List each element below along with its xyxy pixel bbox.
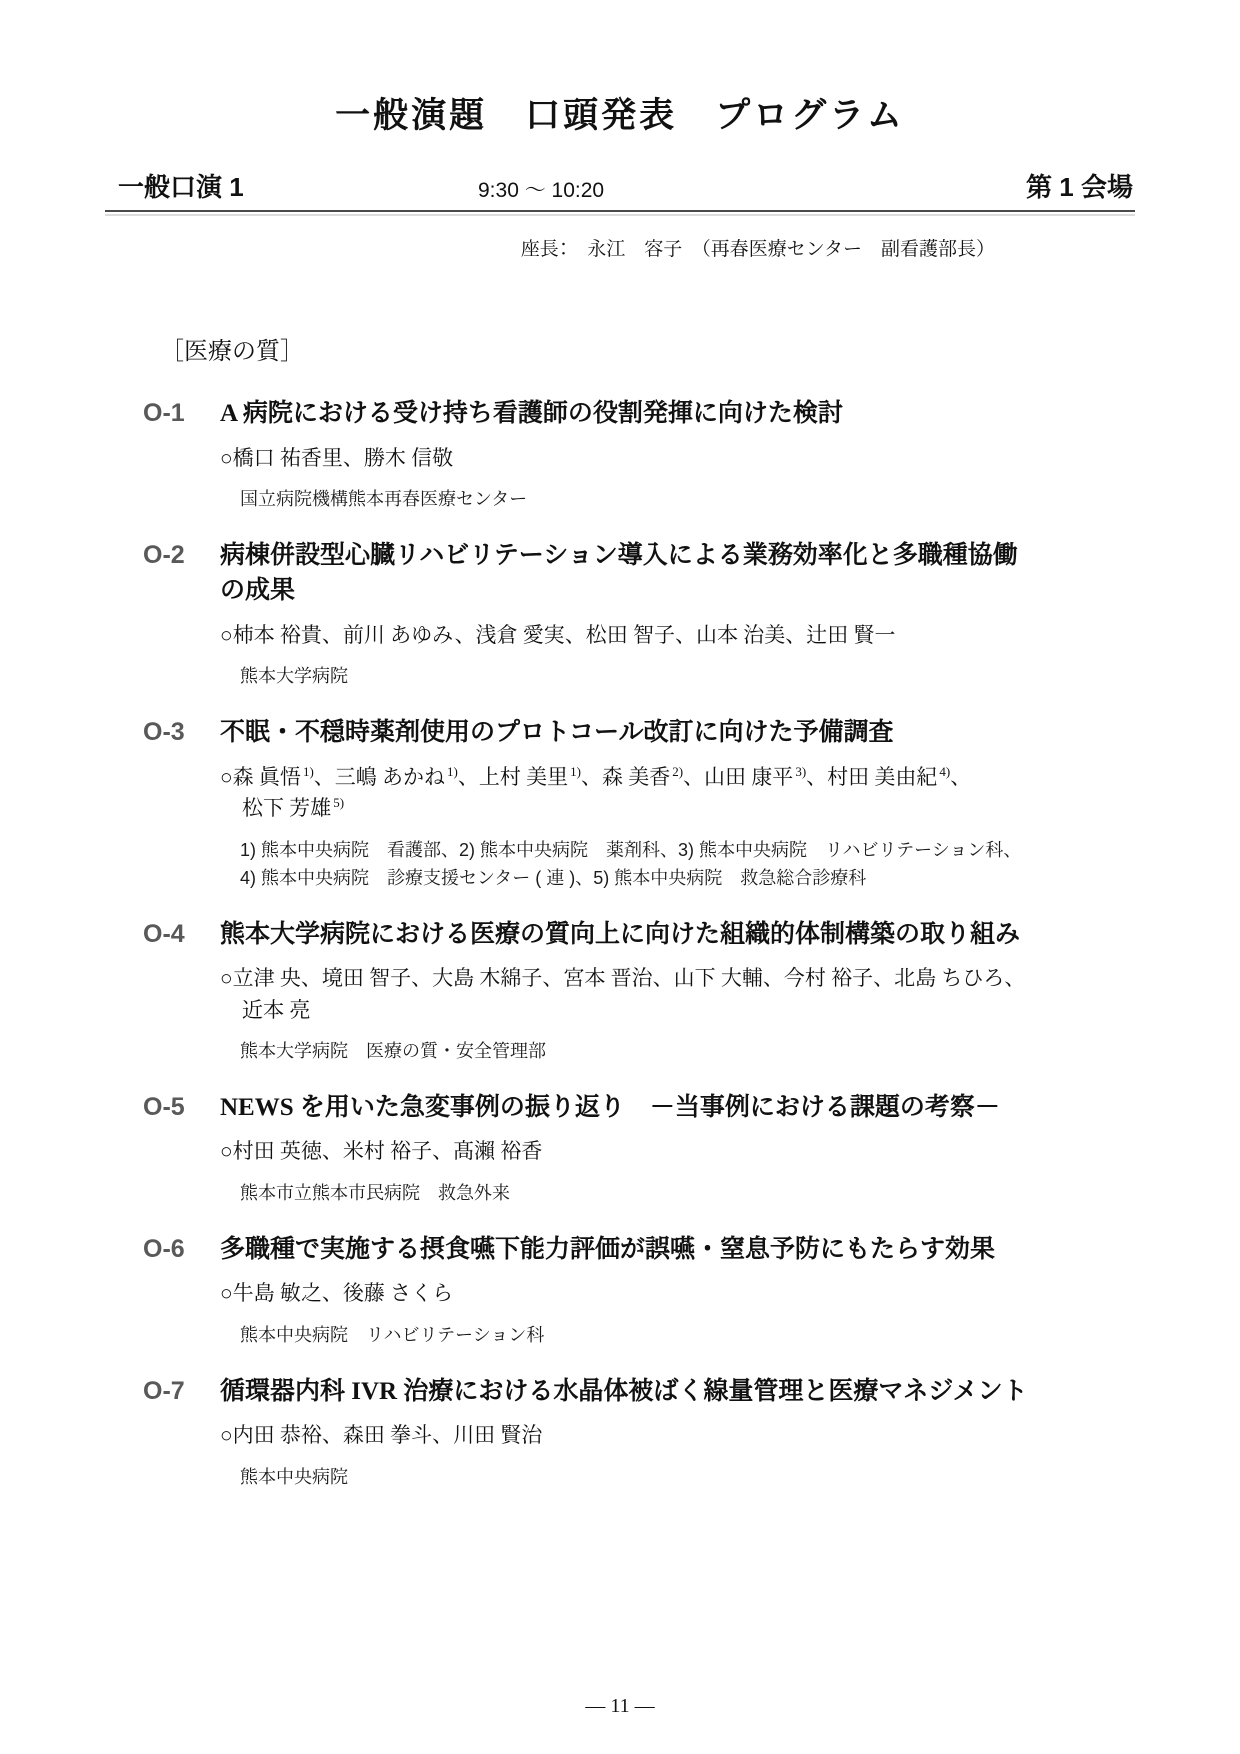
presentation-affiliation-line: 国立病院機構熊本再春医療センター (240, 486, 1135, 514)
presentation-authors: ○柿本 裕貴、前川 あゆみ、浅倉 愛実、松田 智子、山本 治美、辻田 賢一 (220, 620, 1135, 652)
session-venue: 第 1 会場 (1026, 167, 1133, 204)
presentation-title-line: A 病院における受け持ち看護師の役割発揮に向けた検討 (220, 396, 1135, 432)
author-superscript: 2) (672, 764, 683, 779)
presentation-number: O-1 (143, 396, 220, 514)
presentation-entry: O-6多職種で実施する摂食嚥下能力評価が誤嚥・窒息予防にもたらす効果○牛島 敏之… (105, 1232, 1135, 1350)
presentation-affiliation: 国立病院機構熊本再春医療センター (220, 486, 1135, 514)
presentation-title: 不眠・不穏時薬剤使用のプロトコール改訂に向けた予備調査 (220, 715, 1135, 751)
presentation-body: A 病院における受け持ち看護師の役割発揮に向けた検討○橋口 祐香里、勝木 信敬国… (220, 396, 1135, 514)
presentation-entry: O-5NEWS を用いた急変事例の振り返り －当事例における課題の考察－○村田 … (105, 1090, 1135, 1208)
author-superscript: 5) (333, 795, 344, 810)
presentation-list: O-1A 病院における受け持ち看護師の役割発揮に向けた検討○橋口 祐香里、勝木 … (105, 396, 1135, 1492)
presentation-entry: O-7循環器内科 IVR 治療における水晶体被ばく線量管理と医療マネジメント○内… (105, 1374, 1135, 1492)
presentation-body: 多職種で実施する摂食嚥下能力評価が誤嚥・窒息予防にもたらす効果○牛島 敏之、後藤… (220, 1232, 1135, 1350)
presentation-title: A 病院における受け持ち看護師の役割発揮に向けた検討 (220, 396, 1135, 432)
session-chair: 座長： 永江 容子 （再春医療センター 副看護部長） (105, 234, 1135, 261)
session-header: 一般口演 1 9:30 ～ 10:20 第 1 会場 (105, 168, 1135, 212)
presentation-body: 循環器内科 IVR 治療における水晶体被ばく線量管理と医療マネジメント○内田 恭… (220, 1374, 1135, 1492)
presentation-affiliation-line: 熊本中央病院 リハビリテーション科 (240, 1322, 1135, 1350)
presentation-title: NEWS を用いた急変事例の振り返り －当事例における課題の考察－ (220, 1090, 1135, 1126)
presentation-number: O-7 (143, 1374, 220, 1492)
presentation-affiliation: 熊本大学病院 医療の質・安全管理部 (220, 1038, 1135, 1066)
presentation-author-line: ○村田 英徳、米村 裕子、髙瀨 裕香 (242, 1136, 1135, 1168)
presentation-authors: ○村田 英徳、米村 裕子、髙瀨 裕香 (220, 1136, 1135, 1168)
presentation-entry: O-2病棟併設型心臓リハビリテーション導入による業務効率化と多職種協働の成果○柿… (105, 538, 1135, 691)
presentation-body: 不眠・不穏時薬剤使用のプロトコール改訂に向けた予備調査○森 眞悟1)、三嶋 あか… (220, 715, 1135, 892)
presentation-number: O-4 (143, 917, 220, 1066)
page-title: 一般演題 口頭発表 プログラム (105, 0, 1135, 138)
presentation-title-line: の成果 (220, 573, 1135, 609)
presentation-body: 熊本大学病院における医療の質向上に向けた組織的体制構築の取り組み○立津 央、境田… (220, 917, 1135, 1066)
author-superscript: 1) (303, 764, 314, 779)
presentation-authors: ○牛島 敏之、後藤 さくら (220, 1278, 1135, 1310)
presentation-affiliation: 熊本市立熊本市民病院 救急外来 (220, 1180, 1135, 1208)
page-content: 一般演題 口頭発表 プログラム 一般口演 1 9:30 ～ 10:20 第 1 … (0, 0, 1240, 1492)
program-page: 一般演題 口頭発表 プログラム 一般口演 1 9:30 ～ 10:20 第 1 … (0, 0, 1240, 1754)
presentation-author-line: 近本 亮 (242, 995, 1135, 1027)
presentation-affiliation-line: 4) 熊本中央病院 診療支援センター ( 連 )、5) 熊本中央病院 救急総合診… (240, 865, 1135, 893)
presentation-title: 多職種で実施する摂食嚥下能力評価が誤嚥・窒息予防にもたらす効果 (220, 1232, 1135, 1268)
page-number: — 11 — (0, 1695, 1240, 1718)
presentation-number: O-2 (143, 538, 220, 691)
session-time: 9:30 ～ 10:20 (478, 174, 604, 204)
presentation-number: O-5 (143, 1090, 220, 1208)
presentation-author-line: ○牛島 敏之、後藤 さくら (242, 1278, 1135, 1310)
presentation-entry: O-4熊本大学病院における医療の質向上に向けた組織的体制構築の取り組み○立津 央… (105, 917, 1135, 1066)
presentation-author-line: ○森 眞悟1)、三嶋 あかね1)、上村 美里1)、森 美香2)、山田 康平3)、… (242, 762, 1135, 794)
session-divider-shadow (105, 214, 1135, 216)
presentation-title: 病棟併設型心臓リハビリテーション導入による業務効率化と多職種協働の成果 (220, 538, 1135, 609)
presentation-affiliation-line: 熊本中央病院 (240, 1464, 1135, 1492)
presentation-affiliation: 熊本中央病院 (220, 1464, 1135, 1492)
presentation-authors: ○立津 央、境田 智子、大島 木綿子、宮本 晋治、山下 大輔、今村 裕子、北島 … (220, 963, 1135, 1026)
presentation-authors: ○森 眞悟1)、三嶋 あかね1)、上村 美里1)、森 美香2)、山田 康平3)、… (220, 762, 1135, 825)
presentation-affiliation: 熊本大学病院 (220, 663, 1135, 691)
author-superscript: 4) (939, 764, 950, 779)
category-label: ［医療の質］ (160, 331, 1135, 366)
presentation-author-line: 松下 芳雄5) (242, 793, 1135, 825)
presentation-affiliation: 1) 熊本中央病院 看護部、2) 熊本中央病院 薬剤科、3) 熊本中央病院 リハ… (220, 837, 1135, 893)
presentation-title-line: 病棟併設型心臓リハビリテーション導入による業務効率化と多職種協働 (220, 538, 1135, 574)
author-superscript: 3) (795, 764, 806, 779)
presentation-title: 循環器内科 IVR 治療における水晶体被ばく線量管理と医療マネジメント (220, 1374, 1135, 1410)
presentation-body: NEWS を用いた急変事例の振り返り －当事例における課題の考察－○村田 英徳、… (220, 1090, 1135, 1208)
author-superscript: 1) (447, 764, 458, 779)
presentation-affiliation: 熊本中央病院 リハビリテーション科 (220, 1322, 1135, 1350)
presentation-affiliation-line: 熊本市立熊本市民病院 救急外来 (240, 1180, 1135, 1208)
presentation-author-line: ○立津 央、境田 智子、大島 木綿子、宮本 晋治、山下 大輔、今村 裕子、北島 … (242, 963, 1135, 995)
presentation-title-line: NEWS を用いた急変事例の振り返り －当事例における課題の考察－ (220, 1090, 1135, 1126)
presentation-title-line: 不眠・不穏時薬剤使用のプロトコール改訂に向けた予備調査 (220, 715, 1135, 751)
presentation-author-line: ○橋口 祐香里、勝木 信敬 (242, 443, 1135, 475)
presentation-authors: ○橋口 祐香里、勝木 信敬 (220, 443, 1135, 475)
session-name: 一般口演 1 (118, 167, 244, 204)
presentation-title-line: 多職種で実施する摂食嚥下能力評価が誤嚥・窒息予防にもたらす効果 (220, 1232, 1135, 1268)
presentation-affiliation-line: 熊本大学病院 (240, 663, 1135, 691)
presentation-affiliation-line: 熊本大学病院 医療の質・安全管理部 (240, 1038, 1135, 1066)
author-superscript: 1) (570, 764, 581, 779)
presentation-title: 熊本大学病院における医療の質向上に向けた組織的体制構築の取り組み (220, 917, 1135, 953)
presentation-title-line: 熊本大学病院における医療の質向上に向けた組織的体制構築の取り組み (220, 917, 1135, 953)
presentation-author-line: ○柿本 裕貴、前川 あゆみ、浅倉 愛実、松田 智子、山本 治美、辻田 賢一 (242, 620, 1135, 652)
presentation-number: O-6 (143, 1232, 220, 1350)
presentation-entry: O-1A 病院における受け持ち看護師の役割発揮に向けた検討○橋口 祐香里、勝木 … (105, 396, 1135, 514)
presentation-body: 病棟併設型心臓リハビリテーション導入による業務効率化と多職種協働の成果○柿本 裕… (220, 538, 1135, 691)
presentation-authors: ○内田 恭裕、森田 拳斗、川田 賢治 (220, 1420, 1135, 1452)
presentation-title-line: 循環器内科 IVR 治療における水晶体被ばく線量管理と医療マネジメント (220, 1374, 1135, 1410)
presentation-number: O-3 (143, 715, 220, 892)
presentation-entry: O-3不眠・不穏時薬剤使用のプロトコール改訂に向けた予備調査○森 眞悟1)、三嶋… (105, 715, 1135, 892)
presentation-affiliation-line: 1) 熊本中央病院 看護部、2) 熊本中央病院 薬剤科、3) 熊本中央病院 リハ… (240, 837, 1135, 865)
presentation-author-line: ○内田 恭裕、森田 拳斗、川田 賢治 (242, 1420, 1135, 1452)
